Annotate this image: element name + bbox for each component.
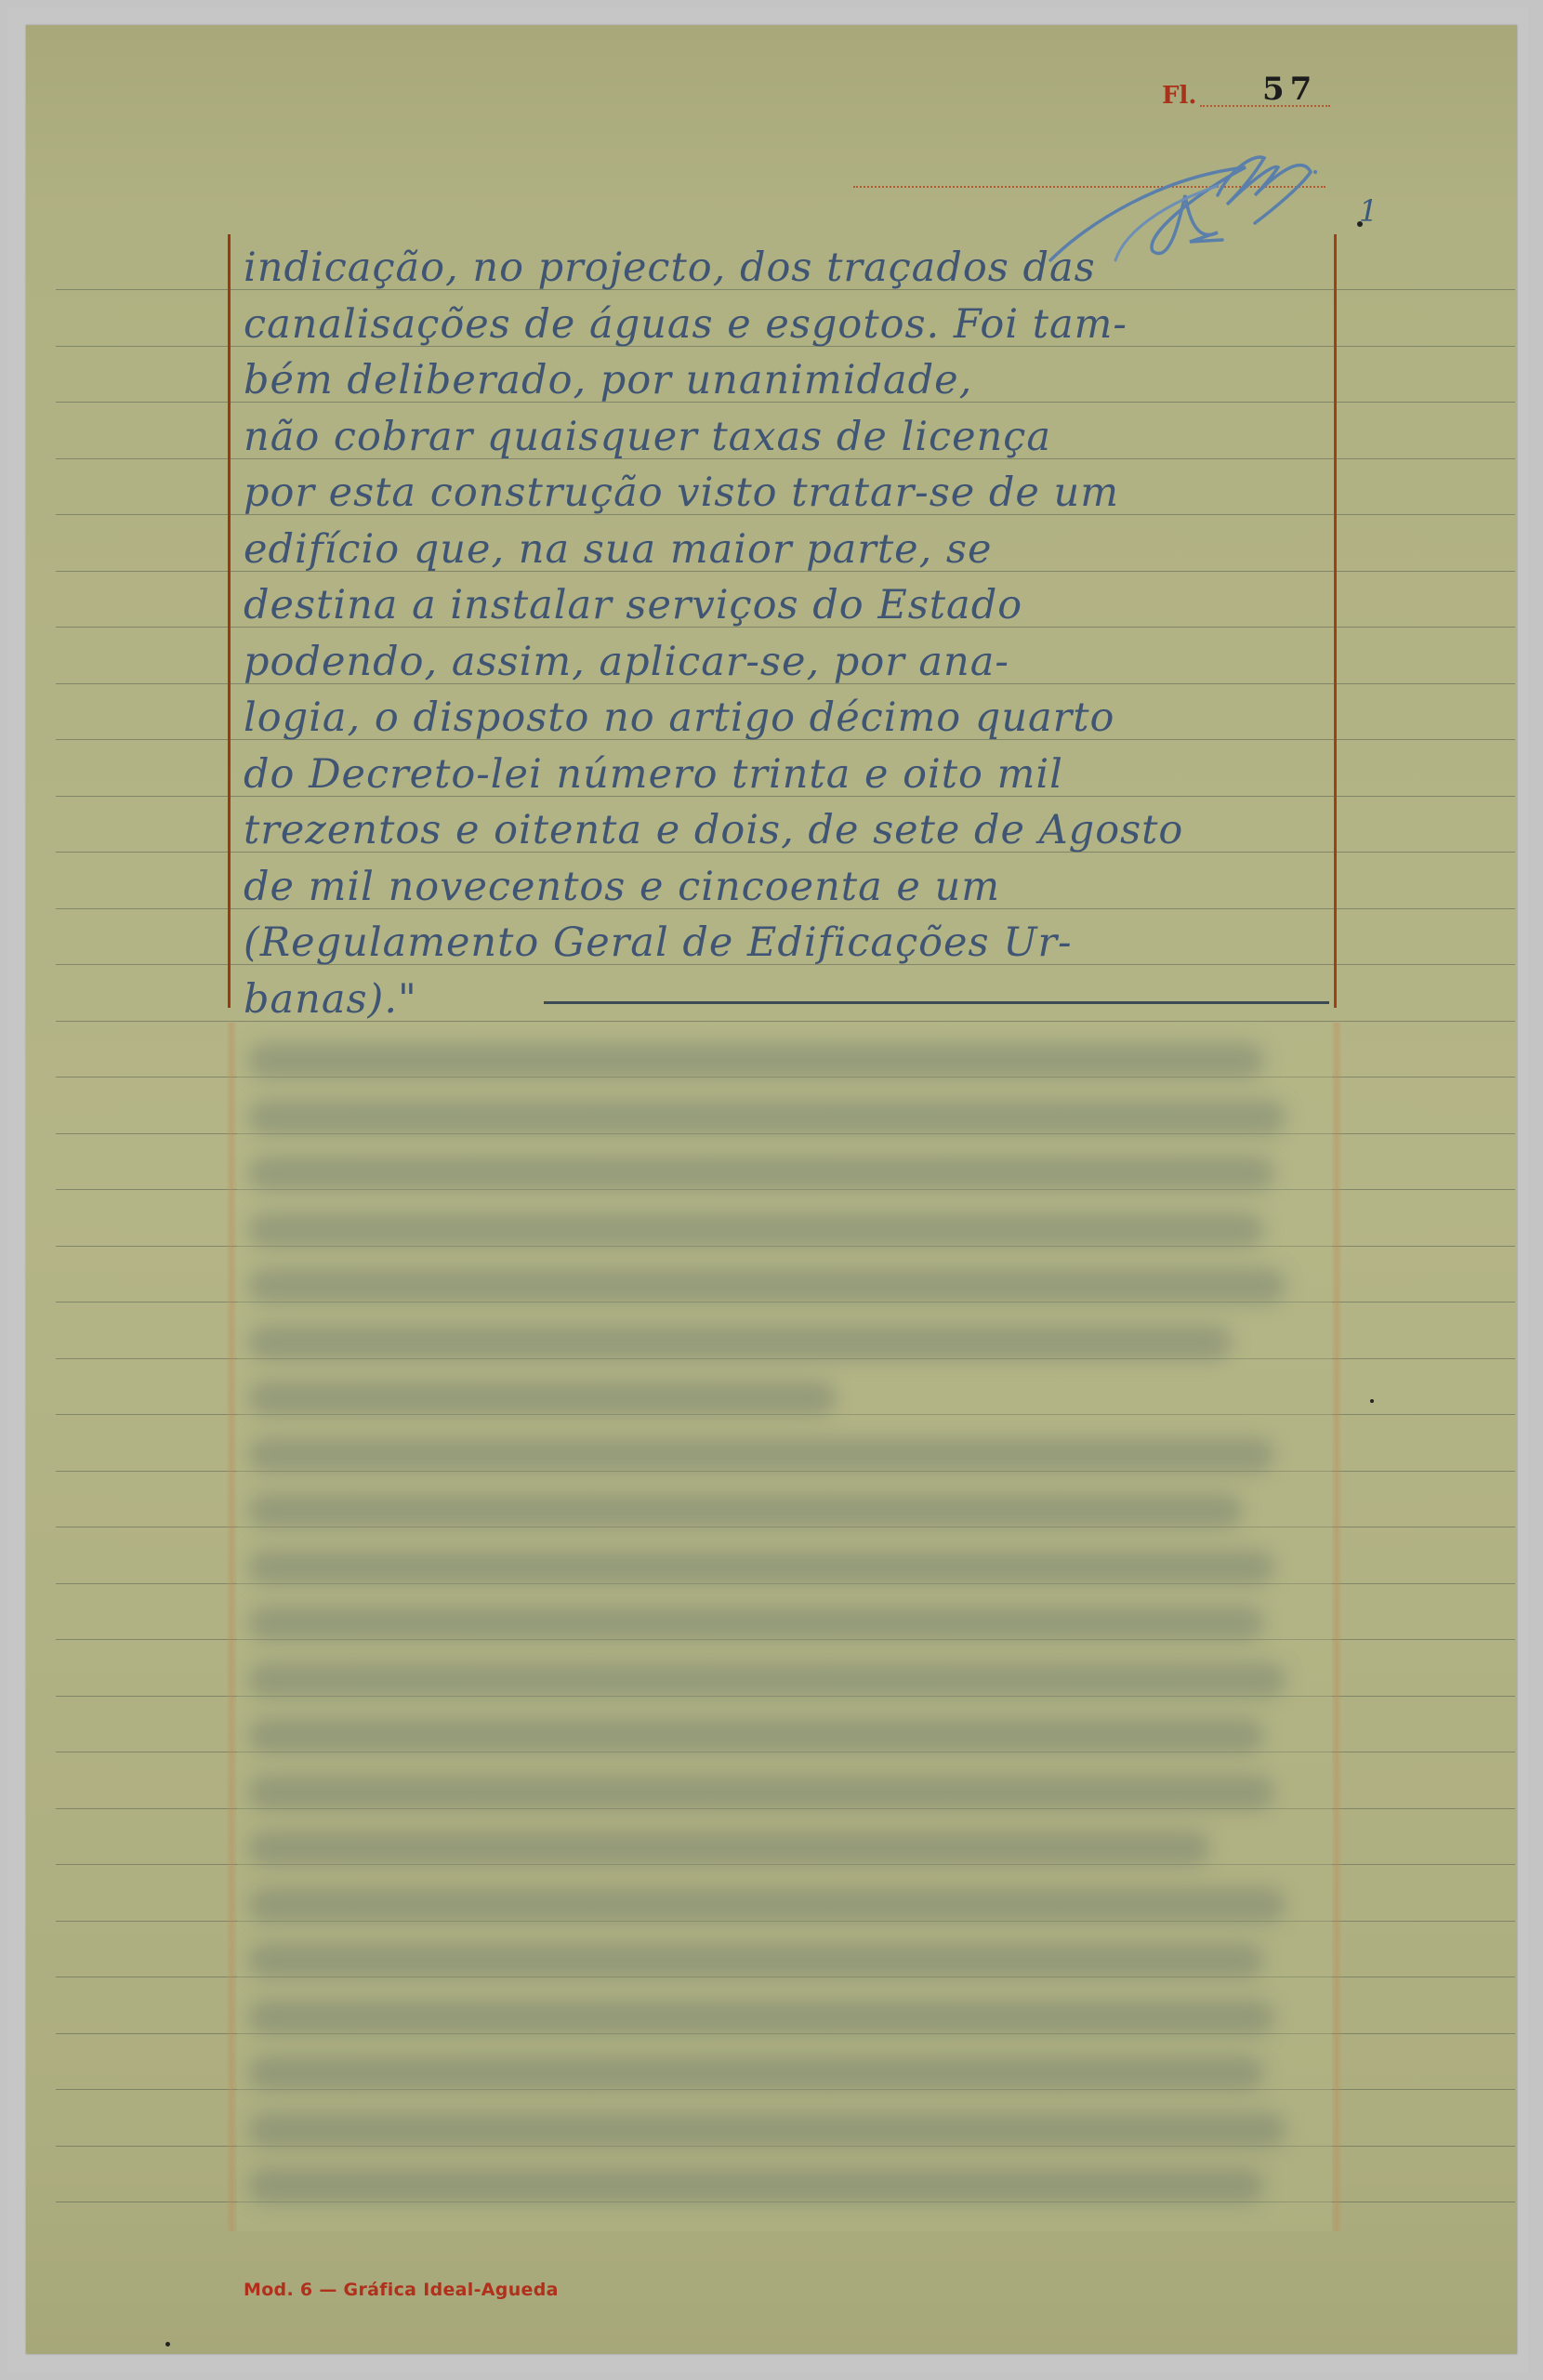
right-margin-line (1334, 234, 1337, 1008)
blurred-text-row (248, 2112, 1286, 2148)
handwritten-line: de mil novecentos e cincoenta e um (244, 859, 1331, 916)
handwritten-line: trezentos e oitenta e dois, de sete de A… (244, 802, 1331, 859)
handwritten-line: do Decreto-lei número trinta e oito mil (244, 747, 1331, 803)
blurred-text-row (248, 1043, 1264, 1078)
blurred-text-row (248, 1325, 1232, 1360)
folio-number: 57 (1262, 71, 1317, 108)
blurred-text-row (248, 1100, 1286, 1135)
blurred-text-row (248, 2056, 1264, 2091)
handwritten-line: podendo, assim, aplicar-se, por ana- (244, 634, 1331, 691)
blurred-text-row (248, 1550, 1274, 1585)
right-margin-line-faded (1331, 1023, 1342, 2231)
blurred-text-row (248, 1493, 1243, 1528)
blurred-text-row (248, 1268, 1286, 1303)
closing-rule-line (544, 1001, 1329, 1004)
blurred-text-row (248, 1943, 1264, 1978)
blurred-text-row (248, 1212, 1264, 1248)
folio-label: Fl. (1162, 82, 1196, 110)
handwritten-line: canalisações de águas e esgotos. Foi tam… (244, 297, 1331, 353)
handwritten-line: bém deliberado, por unanimidade, (244, 352, 1331, 409)
left-margin-line-faded (226, 1023, 237, 2231)
handwritten-line: (Regulamento Geral de Edificações Ur- (244, 915, 1331, 972)
handwritten-line: indicação, no projecto, dos traçados das (244, 240, 1331, 297)
blurred-text-row (248, 1662, 1286, 1698)
blurred-text-row (248, 2168, 1264, 2203)
blurred-redacted-section (237, 1023, 1332, 2231)
handwritten-line: destina a instalar serviços do Estado (244, 577, 1331, 634)
left-margin-line (228, 234, 231, 1008)
ink-speck (165, 2342, 170, 2347)
blurred-text-row (248, 1381, 837, 1416)
ink-speck (1357, 221, 1363, 227)
handwritten-line: logia, o disposto no artigo décimo quart… (244, 690, 1331, 747)
handwritten-line: edifício que, na sua maior parte, se (244, 522, 1331, 578)
blurred-text-row (248, 1606, 1264, 1641)
blurred-text-row (248, 1156, 1274, 1191)
printer-imprint: Mod. 6 — Gráfica Ideal-Agueda (244, 2280, 559, 2300)
blurred-text-row (248, 2000, 1274, 2035)
blurred-text-row (248, 1437, 1274, 1473)
blurred-text-row (248, 1887, 1286, 1923)
blurred-text-row (248, 1718, 1264, 1753)
handwritten-line: não cobrar quaisquer taxas de licença (244, 409, 1331, 466)
ink-speck (1370, 1399, 1374, 1403)
blurred-text-row (248, 1775, 1274, 1810)
handwritten-text-block: indicação, no projecto, dos traçados das… (244, 240, 1331, 1027)
handwritten-line: por esta construção visto tratar-se de u… (244, 465, 1331, 522)
blurred-text-row (248, 1831, 1210, 1866)
handwritten-line: banas)." (244, 972, 1331, 1028)
